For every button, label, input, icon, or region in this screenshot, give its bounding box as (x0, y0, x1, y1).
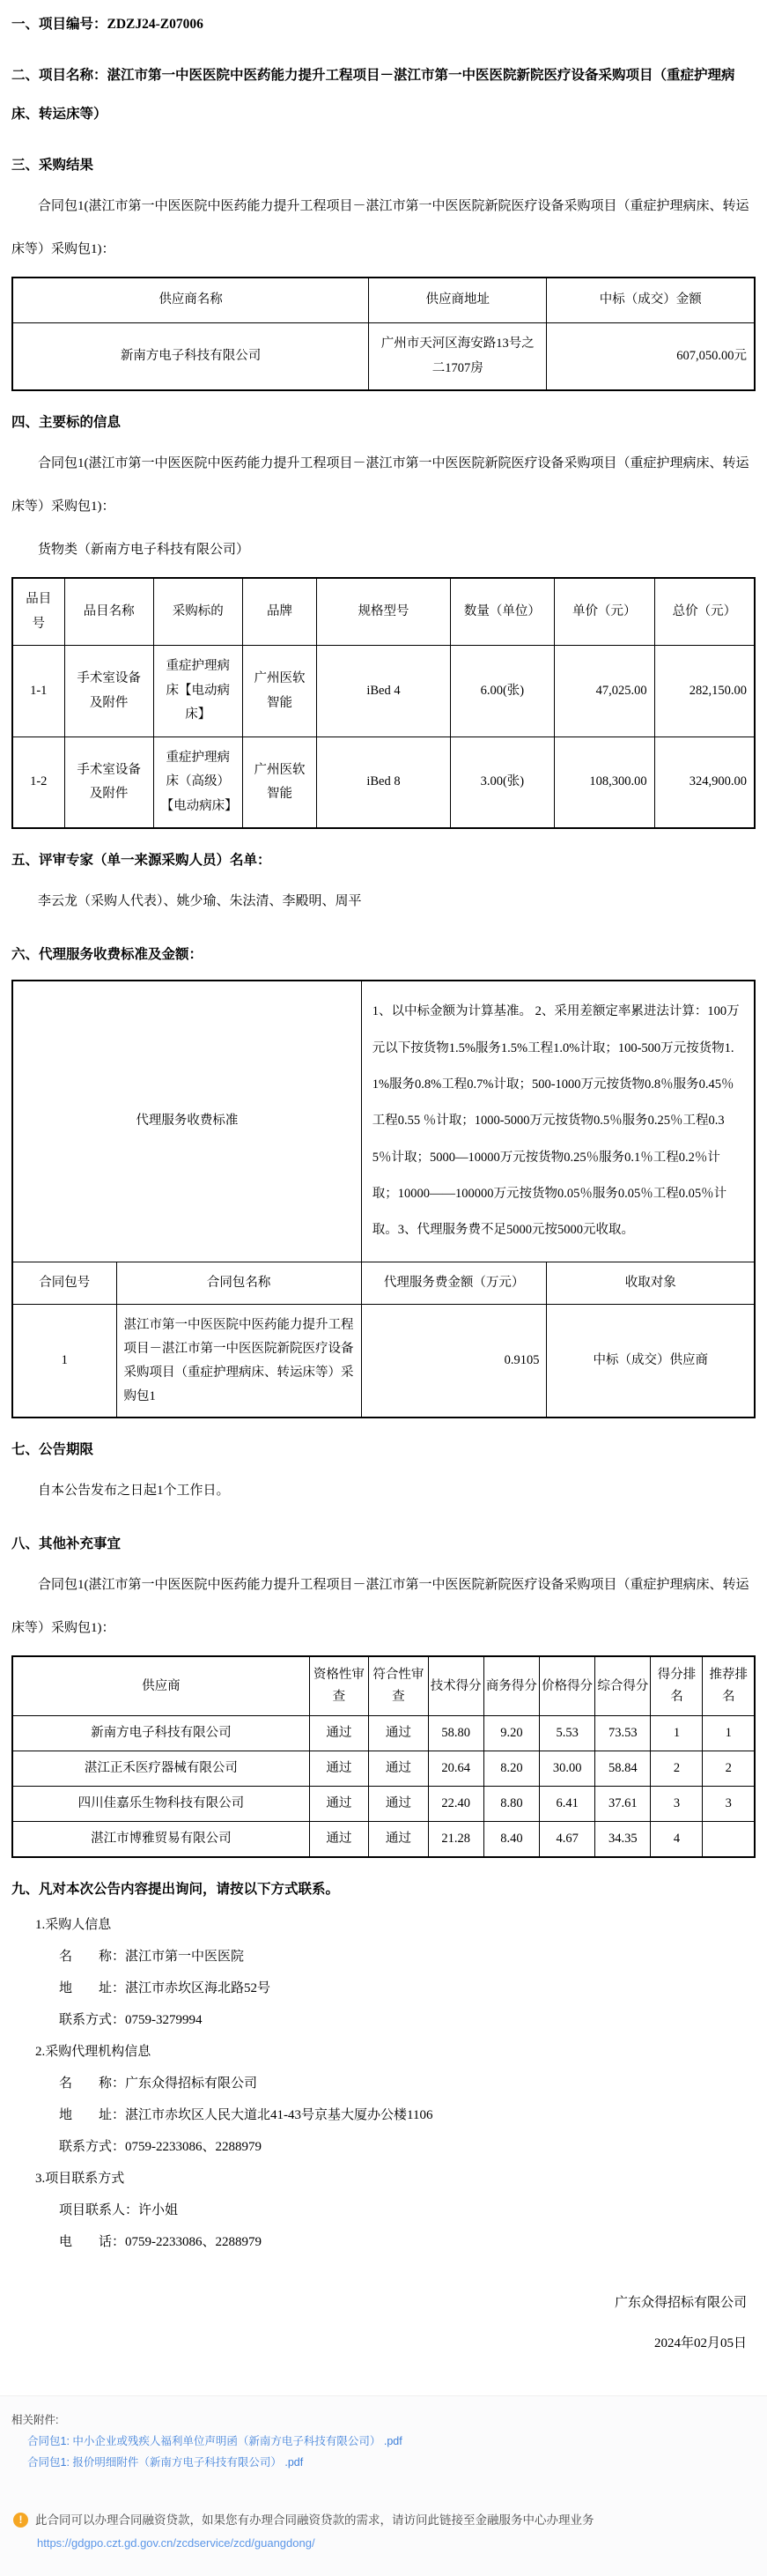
recommend-rank: 1 (703, 1715, 755, 1751)
total-price: 324,900.00 (654, 737, 755, 828)
col-package-no: 合同包号 (12, 1262, 116, 1305)
table-header-row: 品目号 品目名称 采购标的 品牌 规格型号 数量（单位） 单价（元） 总价（元） (12, 578, 755, 646)
purchaser-info-title: 1.采购人信息 (11, 1909, 756, 1941)
subject: 重症护理病床【电动病床】 (153, 646, 242, 737)
table-row: 新南方电子科技有限公司 广州市天河区海安路13号之二1707房 607,050.… (12, 323, 755, 391)
qualification: 通过 (309, 1751, 368, 1786)
brand: 广州医软智能 (242, 646, 316, 737)
technical-score: 58.80 (428, 1715, 483, 1751)
brand: 广州医软智能 (242, 737, 316, 828)
table-row: 1 湛江市第一中医医院中医药能力提升工程项目－湛江市第一中医医院新院医疗设备采购… (12, 1305, 755, 1418)
technical-score: 21.28 (428, 1822, 483, 1858)
project-contact-title: 3.项目联系方式 (11, 2163, 756, 2195)
supplier: 湛江正禾医疗器械有限公司 (12, 1751, 309, 1786)
goods-table: 品目号 品目名称 采购标的 品牌 规格型号 数量（单位） 单价（元） 总价（元）… (11, 577, 756, 829)
finance-notice-text: 此合同可以办理合同融资贷款，如果您有办理合同融资贷款的需求，请访问此链接至金融服… (35, 2509, 594, 2532)
score-rank: 3 (651, 1787, 703, 1822)
model: iBed 8 (317, 737, 451, 828)
technical-score: 20.64 (428, 1751, 483, 1786)
col-supplier: 供应商 (12, 1656, 309, 1715)
announcement-period-text: 自本公告发布之日起1个工作日。 (11, 1469, 756, 1513)
table-header-row: 合同包号 合同包名称 代理服务费金额（万元） 收取对象 (12, 1262, 755, 1305)
recommend-rank: 2 (703, 1751, 755, 1786)
col-technical-score: 技术得分 (428, 1656, 483, 1715)
col-package-name: 合同包名称 (116, 1262, 361, 1305)
table-row: 湛江市博雅贸易有限公司 通过 通过 21.28 8.40 4.67 34.35 … (12, 1822, 755, 1858)
col-total-price: 总价（元） (654, 578, 755, 646)
package-name: 湛江市第一中医医院中医药能力提升工程项目－湛江市第一中医医院新院医疗设备采购项目… (116, 1305, 361, 1418)
attachments-list: 合同包1: 中小企业或残疾人福利单位声明函（新南方电子科技有限公司） .pdf … (11, 2432, 756, 2474)
fee-standard-row: 代理服务收费标准 1、以中标金额为计算基准。 2、采用差额定率累进法计算：100… (12, 981, 755, 1262)
fee-standard-label: 代理服务收费标准 (12, 981, 361, 1262)
finance-loan-notice: ! 此合同可以办理合同融资贷款，如果您有办理合同融资贷款的需求，请访问此链接至金… (11, 2509, 756, 2532)
price-score: 6.41 (540, 1787, 595, 1822)
col-total-score: 综合得分 (595, 1656, 651, 1715)
qualification: 通过 (309, 1822, 368, 1858)
package-no: 1 (12, 1305, 116, 1418)
recommend-rank: 3 (703, 1787, 755, 1822)
agency-address: 地 址：湛江市赤坎区人民大道北41-43号京基大厦办公楼1106 (11, 2099, 756, 2131)
signature-block: 广东众得招标有限公司 2024年02月05日 (11, 2258, 756, 2364)
announcement-period-heading: 七、公告期限 (11, 1431, 756, 1469)
project-contact-person: 项目联系人：许小姐 (11, 2195, 756, 2226)
warning-icon: ! (13, 2513, 28, 2528)
recommend-rank (703, 1822, 755, 1858)
purchaser-address: 地 址：湛江市赤坎区海北路52号 (11, 1973, 756, 2004)
purchaser-phone: 联系方式：0759-3279994 (11, 2004, 756, 2036)
col-business-score: 商务得分 (483, 1656, 539, 1715)
col-subject: 采购标的 (153, 578, 242, 646)
experts-heading: 五、评审专家（单一来源采购人员）名单： (11, 841, 756, 880)
fee-payer: 中标（成交）供应商 (547, 1305, 755, 1418)
agency-name: 名 称：广东众得招标有限公司 (11, 2068, 756, 2099)
col-price-score: 价格得分 (540, 1656, 595, 1715)
supplier-address: 广州市天河区海安路13号之二1707房 (369, 323, 547, 391)
quantity: 6.00(张) (450, 646, 554, 737)
page-footer: 相关附件: 合同包1: 中小企业或残疾人福利单位声明函（新南方电子科技有限公司）… (0, 2395, 767, 2576)
col-fee-amount: 代理服务费金额（万元） (361, 1262, 547, 1305)
table-row: 湛江正禾医疗器械有限公司 通过 通过 20.64 8.20 30.00 58.8… (12, 1751, 755, 1786)
table-row: 新南方电子科技有限公司 通过 通过 58.80 9.20 5.53 73.53 … (12, 1715, 755, 1751)
conformity: 通过 (369, 1715, 428, 1751)
model: iBed 4 (317, 646, 451, 737)
award-amount: 607,050.00元 (547, 323, 755, 391)
col-score-rank: 得分排名 (651, 1656, 703, 1715)
col-recommend-rank: 推荐排名 (703, 1656, 755, 1715)
subject: 重症护理病床（高级）【电动病床】 (153, 737, 242, 828)
business-score: 8.20 (483, 1751, 539, 1786)
agency-info-title: 2.采购代理机构信息 (11, 2036, 756, 2068)
price-score: 4.67 (540, 1822, 595, 1858)
score-rank: 4 (651, 1822, 703, 1858)
supplier: 新南方电子科技有限公司 (12, 1715, 309, 1751)
procurement-result-intro: 合同包1(湛江市第一中医医院中医药能力提升工程项目－湛江市第一中医医院新院医疗设… (11, 185, 756, 271)
table-header-row: 供应商 资格性审查 符合性审查 技术得分 商务得分 价格得分 综合得分 得分排名… (12, 1656, 755, 1715)
procurement-result-heading: 三、采购结果 (11, 146, 756, 185)
attachment-link-declaration-pdf[interactable]: 合同包1: 中小企业或残疾人福利单位声明函（新南方电子科技有限公司） .pdf (27, 2432, 756, 2453)
project-contact-phone: 电 话：0759-2233086、2288979 (11, 2226, 756, 2258)
finance-service-link[interactable]: https://gdgpo.czt.gd.gov.cn/zcdservice/z… (37, 2533, 756, 2555)
quantity: 3.00(张) (450, 737, 554, 828)
supplier-result-table: 供应商名称 供应商地址 中标（成交）金额 新南方电子科技有限公司 广州市天河区海… (11, 277, 756, 391)
purchaser-name: 名 称：湛江市第一中医医院 (11, 1941, 756, 1973)
business-score: 9.20 (483, 1715, 539, 1751)
conformity: 通过 (369, 1751, 428, 1786)
total-score: 58.84 (595, 1751, 651, 1786)
unit-price: 108,300.00 (554, 737, 654, 828)
col-unit-price: 单价（元） (554, 578, 654, 646)
unit-price: 47,025.00 (554, 646, 654, 737)
col-supplier-address: 供应商地址 (369, 278, 547, 323)
agency-phone: 联系方式：0759-2233086、2288979 (11, 2131, 756, 2163)
supplier: 四川佳嘉乐生物科技有限公司 (12, 1787, 309, 1822)
project-name-heading: 二、项目名称：湛江市第一中医医院中医药能力提升工程项目－湛江市第一中医医院新院医… (11, 56, 756, 134)
col-item-no: 品目号 (12, 578, 64, 646)
total-score: 37.61 (595, 1787, 651, 1822)
business-score: 8.40 (483, 1822, 539, 1858)
score-rank: 2 (651, 1751, 703, 1786)
supplier: 湛江市博雅贸易有限公司 (12, 1822, 309, 1858)
price-score: 5.53 (540, 1715, 595, 1751)
col-item-name: 品目名称 (64, 578, 153, 646)
col-qualification-review: 资格性审查 (309, 1656, 368, 1715)
technical-score: 22.40 (428, 1787, 483, 1822)
total-score: 73.53 (595, 1715, 651, 1751)
goods-category-line: 货物类（新南方电子科技有限公司） (11, 529, 756, 572)
score-rank: 1 (651, 1715, 703, 1751)
table-row: 1-2 手术室设备及附件 重症护理病床（高级）【电动病床】 广州医软智能 iBe… (12, 737, 755, 828)
col-fee-payer: 收取对象 (547, 1262, 755, 1305)
col-award-amount: 中标（成交）金额 (547, 278, 755, 323)
supplementary-intro: 合同包1(湛江市第一中医医院中医药能力提升工程项目－湛江市第一中医医院新院医疗设… (11, 1564, 756, 1650)
price-score: 30.00 (540, 1751, 595, 1786)
item-name: 手术室设备及附件 (64, 646, 153, 737)
col-brand: 品牌 (242, 578, 316, 646)
attachment-link-quotation-pdf[interactable]: 合同包1: 报价明细附件（新南方电子科技有限公司） .pdf (27, 2453, 756, 2474)
conformity: 通过 (369, 1787, 428, 1822)
supplementary-heading: 八、其他补充事宜 (11, 1525, 756, 1564)
signature-company: 广东众得招标有限公司 (11, 2283, 747, 2323)
item-no: 1-1 (12, 646, 64, 737)
item-name: 手术室设备及附件 (64, 737, 153, 828)
table-row: 四川佳嘉乐生物科技有限公司 通过 通过 22.40 8.80 6.41 37.6… (12, 1787, 755, 1822)
signature-date: 2024年02月05日 (11, 2323, 747, 2364)
business-score: 8.80 (483, 1787, 539, 1822)
experts-names: 李云龙（采购人代表）、姚少瑜、朱法清、李殿明、周平 (11, 880, 756, 923)
table-header-row: 供应商名称 供应商地址 中标（成交）金额 (12, 278, 755, 323)
review-score-table: 供应商 资格性审查 符合性审查 技术得分 商务得分 价格得分 综合得分 得分排名… (11, 1655, 756, 1858)
agency-fee-heading: 六、代理服务收费标准及金额： (11, 936, 756, 974)
total-score: 34.35 (595, 1822, 651, 1858)
qualification: 通过 (309, 1715, 368, 1751)
table-row: 1-1 手术室设备及附件 重症护理病床【电动病床】 广州医软智能 iBed 4 … (12, 646, 755, 737)
col-model: 规格型号 (317, 578, 451, 646)
fee-standard-text: 1、以中标金额为计算基准。 2、采用差额定率累进法计算：100万元以下按货物1.… (361, 981, 755, 1262)
main-subject-intro: 合同包1(湛江市第一中医医院中医药能力提升工程项目－湛江市第一中医医院新院医疗设… (11, 442, 756, 529)
main-subject-heading: 四、主要标的信息 (11, 403, 756, 442)
conformity: 通过 (369, 1822, 428, 1858)
announcement-document: 一、项目编号：ZDZJ24-Z07006 二、项目名称：湛江市第一中医医院中医药… (0, 0, 767, 2364)
fee-amount: 0.9105 (361, 1305, 547, 1418)
contact-heading: 九、凡对本次公告内容提出询问，请按以下方式联系。 (11, 1870, 756, 1909)
qualification: 通过 (309, 1787, 368, 1822)
col-quantity: 数量（单位） (450, 578, 554, 646)
attachments-label: 相关附件: (11, 2410, 756, 2432)
project-number-heading: 一、项目编号：ZDZJ24-Z07006 (11, 5, 756, 44)
agency-fee-table: 代理服务收费标准 1、以中标金额为计算基准。 2、采用差额定率累进法计算：100… (11, 980, 756, 1418)
col-supplier-name: 供应商名称 (12, 278, 369, 323)
col-conformity-review: 符合性审查 (369, 1656, 428, 1715)
item-no: 1-2 (12, 737, 64, 828)
supplier-name: 新南方电子科技有限公司 (12, 323, 369, 391)
total-price: 282,150.00 (654, 646, 755, 737)
